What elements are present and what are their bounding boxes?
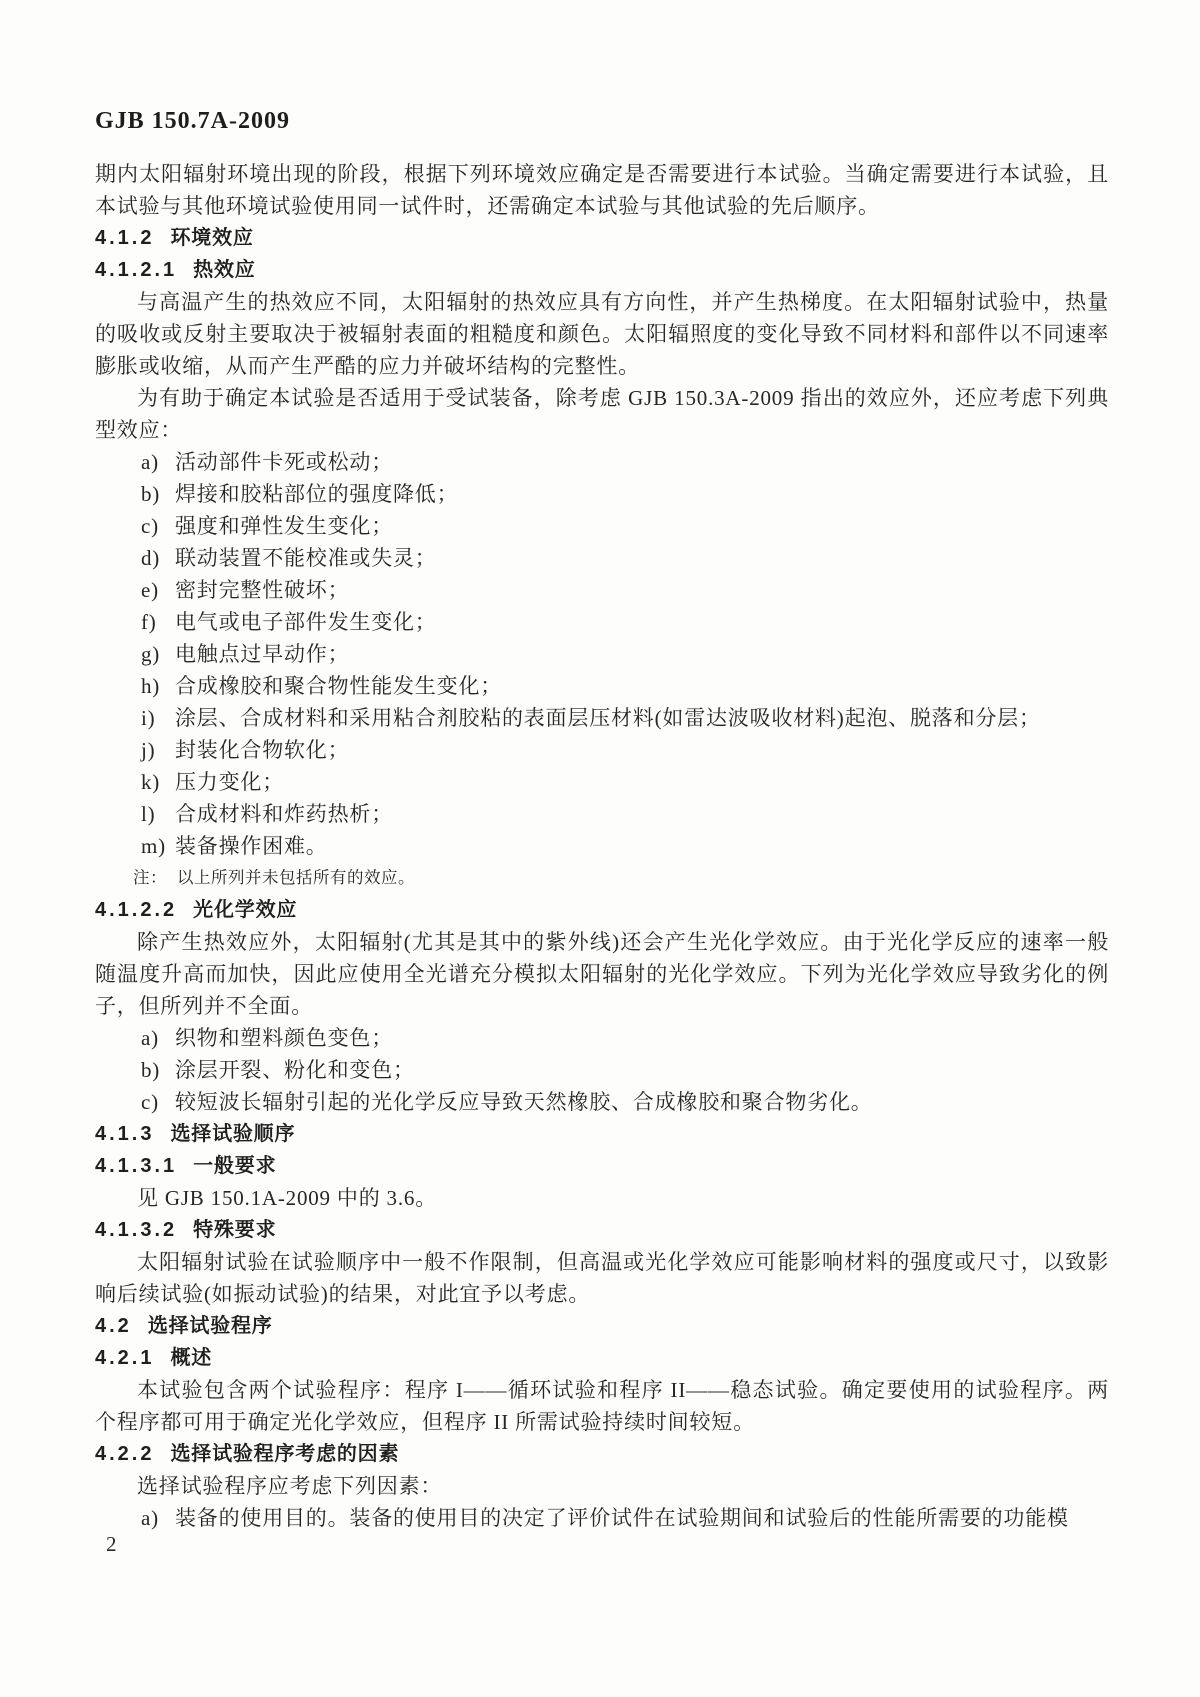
- section-title: 概述: [170, 1347, 212, 1369]
- list-item-text: 较短波长辐射引起的光化学反应导致天然橡胶、合成橡胶和聚合物劣化。: [175, 1090, 873, 1114]
- list-marker: l): [141, 798, 155, 830]
- list-item-thermal-k: k)压力变化；: [95, 766, 1109, 798]
- section-title: 特殊要求: [193, 1219, 276, 1241]
- list-item-factor-a: a)装备的使用目的。装备的使用目的决定了评价试件在试验期间和试验后的性能所需要的…: [95, 1502, 1109, 1534]
- list-marker: a): [141, 1502, 159, 1534]
- section-title: 光化学效应: [193, 899, 297, 921]
- section-heading-4-1-2-1: 4.1.2.1热效应: [95, 254, 1109, 286]
- list-marker: h): [141, 670, 160, 702]
- list-item-text: 压力变化；: [175, 770, 284, 794]
- list-item-text: 强度和弹性发生变化；: [175, 514, 393, 538]
- overview-paragraph: 本试验包含两个试验程序：程序 I——循环试验和程序 II——稳态试验。确定要使用…: [95, 1374, 1109, 1438]
- list-item-text: 电触点过早动作；: [175, 642, 349, 666]
- section-number: 4.1.2: [95, 227, 154, 249]
- section-heading-4-1-3-1: 4.1.3.1一般要求: [95, 1150, 1109, 1182]
- thermal-paragraph-1: 与高温产生的热效应不同，太阳辐射的热效应具有方向性，并产生热梯度。在太阳辐射试验…: [95, 286, 1109, 382]
- standard-number: GJB 150.7A-2009: [95, 108, 290, 135]
- list-item-text: 封装化合物软化；: [175, 738, 349, 762]
- list-marker: j): [141, 734, 155, 766]
- list-item-thermal-m: m)装备操作困难。: [95, 830, 1109, 862]
- section-number: 4.2.1: [95, 1347, 154, 1369]
- list-item-thermal-i: i)涂层、合成材料和采用粘合剂胶粘的表面层压材料(如雷达波吸收材料)起泡、脱落和…: [95, 702, 1109, 734]
- list-item-text: 合成材料和炸药热析；: [175, 802, 393, 826]
- list-item-thermal-f: f)电气或电子部件发生变化；: [95, 606, 1109, 638]
- list-marker: b): [141, 478, 160, 510]
- list-item-photo-c: c)较短波长辐射引起的光化学反应导致天然橡胶、合成橡胶和聚合物劣化。: [95, 1086, 1109, 1118]
- section-heading-4-2-2: 4.2.2选择试验程序考虑的因素: [95, 1438, 1109, 1470]
- list-marker: d): [141, 542, 160, 574]
- section-number: 4.1.3.1: [95, 1155, 177, 1177]
- section-number: 4.2: [95, 1315, 132, 1337]
- list-marker: f): [141, 606, 157, 638]
- list-marker: c): [141, 1086, 159, 1118]
- photochemical-paragraph: 除产生热效应外，太阳辐射(尤其是其中的紫外线)还会产生光化学效应。由于光化学反应…: [95, 926, 1109, 1022]
- list-marker: i): [141, 702, 155, 734]
- section-number: 4.1.3: [95, 1123, 154, 1145]
- list-item-text: 联动装置不能校准或失灵；: [175, 546, 437, 570]
- note-line: 注：以上所列并未包括所有的效应。: [95, 862, 1109, 894]
- document-body: 期内太阳辐射环境出现的阶段，根据下列环境效应确定是否需要进行本试验。当确定需要进…: [95, 158, 1109, 1534]
- list-marker: m): [141, 830, 166, 862]
- section-heading-4-1-3: 4.1.3选择试验顺序: [95, 1118, 1109, 1150]
- section-title: 一般要求: [193, 1155, 276, 1177]
- list-marker: g): [141, 638, 160, 670]
- list-item-thermal-g: g)电触点过早动作；: [95, 638, 1109, 670]
- list-item-thermal-j: j)封装化合物软化；: [95, 734, 1109, 766]
- page-number: 2: [106, 1532, 117, 1557]
- section-number: 4.1.2.2: [95, 899, 177, 921]
- list-item-text: 织物和塑料颜色变色；: [175, 1026, 393, 1050]
- list-item-thermal-a: a)活动部件卡死或松动；: [95, 446, 1109, 478]
- section-heading-4-2-1: 4.2.1概述: [95, 1342, 1109, 1374]
- list-item-text: 涂层开裂、粉化和变色；: [175, 1058, 415, 1082]
- list-item-text: 装备操作困难。: [175, 834, 328, 858]
- section-heading-4-2: 4.2选择试验程序: [95, 1310, 1109, 1342]
- section-heading-4-1-3-2: 4.1.3.2特殊要求: [95, 1214, 1109, 1246]
- list-item-photo-a: a)织物和塑料颜色变色；: [95, 1022, 1109, 1054]
- list-item-text: 涂层、合成材料和采用粘合剂胶粘的表面层压材料(如雷达波吸收材料)起泡、脱落和分层…: [175, 706, 1041, 730]
- list-item-text: 焊接和胶粘部位的强度降低；: [175, 482, 458, 506]
- section-title: 选择试验程序: [148, 1315, 273, 1337]
- list-marker: e): [141, 574, 159, 606]
- thermal-paragraph-2: 为有助于确定本试验是否适用于受试装备，除考虑 GJB 150.3A-2009 指…: [95, 382, 1109, 446]
- section-number: 4.1.3.2: [95, 1219, 177, 1241]
- section-number: 4.2.2: [95, 1443, 154, 1465]
- intro-paragraph: 期内太阳辐射环境出现的阶段，根据下列环境效应确定是否需要进行本试验。当确定需要进…: [95, 158, 1109, 222]
- section-title: 热效应: [193, 259, 255, 281]
- list-item-text: 活动部件卡死或松动；: [175, 450, 393, 474]
- list-marker: a): [141, 446, 159, 478]
- section-number: 4.1.2.1: [95, 259, 177, 281]
- section-title: 选择试验程序考虑的因素: [170, 1443, 399, 1465]
- section-title: 环境效应: [170, 227, 253, 249]
- list-item-thermal-d: d)联动装置不能校准或失灵；: [95, 542, 1109, 574]
- list-item-thermal-l: l)合成材料和炸药热析；: [95, 798, 1109, 830]
- list-marker: k): [141, 766, 160, 798]
- list-item-thermal-c: c)强度和弹性发生变化；: [95, 510, 1109, 542]
- general-requirements-paragraph: 见 GJB 150.1A-2009 中的 3.6。: [95, 1182, 1109, 1214]
- list-item-text: 合成橡胶和聚合物性能发生变化；: [175, 674, 502, 698]
- section-heading-4-1-2-2: 4.1.2.2光化学效应: [95, 894, 1109, 926]
- list-marker: b): [141, 1054, 160, 1086]
- list-item-photo-b: b)涂层开裂、粉化和变色；: [95, 1054, 1109, 1086]
- list-item-text: 密封完整性破坏；: [175, 578, 349, 602]
- list-item-thermal-h: h)合成橡胶和聚合物性能发生变化；: [95, 670, 1109, 702]
- list-item-text: 装备的使用目的。装备的使用目的决定了评价试件在试验期间和试验后的性能所需要的功能…: [175, 1506, 1069, 1530]
- section-title: 选择试验顺序: [170, 1123, 295, 1145]
- list-item-text: 电气或电子部件发生变化；: [175, 610, 437, 634]
- list-marker: a): [141, 1022, 159, 1054]
- list-item-thermal-b: b)焊接和胶粘部位的强度降低；: [95, 478, 1109, 510]
- list-marker: c): [141, 510, 159, 542]
- note-label: 注：: [133, 868, 167, 887]
- list-item-thermal-e: e)密封完整性破坏；: [95, 574, 1109, 606]
- special-requirements-paragraph: 太阳辐射试验在试验顺序中一般不作限制，但高温或光化学效应可能影响材料的强度或尺寸…: [95, 1246, 1109, 1310]
- document-page: GJB 150.7A-2009 期内太阳辐射环境出现的阶段，根据下列环境效应确定…: [0, 0, 1200, 1697]
- section-heading-4-1-2: 4.1.2环境效应: [95, 222, 1109, 254]
- note-text: 以上所列并未包括所有的效应。: [177, 868, 415, 887]
- factors-intro-paragraph: 选择试验程序应考虑下列因素：: [95, 1470, 1109, 1502]
